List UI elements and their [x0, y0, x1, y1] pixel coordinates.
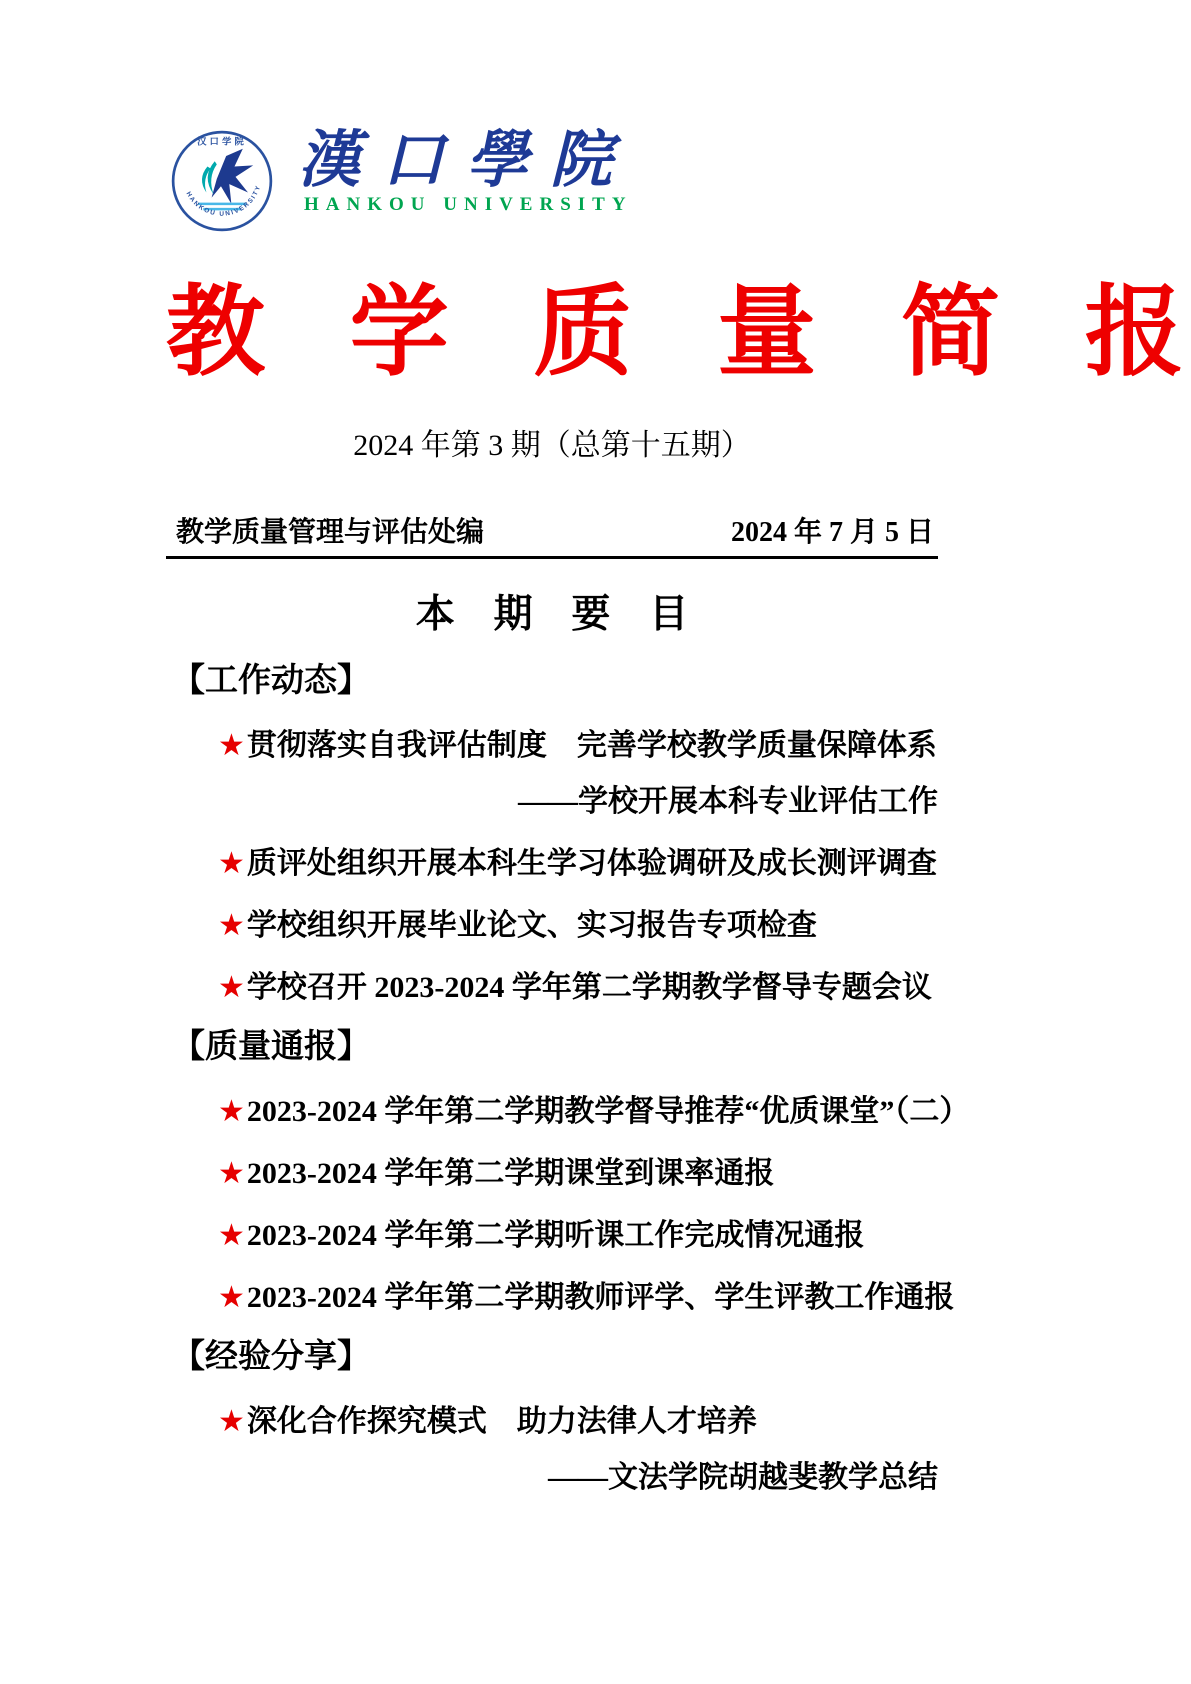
toc-item-title: 2023-2024 学年第二学期教师评学、学生评教工作通报 [247, 1281, 955, 1314]
toc-title: 本 期 要 目 [166, 589, 952, 641]
section-heading: 【质量通报】 [172, 1023, 938, 1069]
toc-item: ★2023-2024 学年第二学期教学督导推荐“优质课堂”（二） [166, 1093, 938, 1131]
svg-text:汉口学院: 汉口学院 [197, 136, 247, 147]
bulletin-page: 汉口学院 HANKOU UNIVERSITY 漢口學院 HANKOU UNIVE… [0, 0, 1191, 1684]
toc-item-title: 质评处组织开展本科生学习体验调研及成长测评调查 [247, 847, 937, 880]
toc-item: ★2023-2024 学年第二学期听课工作完成情况通报 [166, 1217, 938, 1255]
university-name-english: HANKOU UNIVERSITY [304, 194, 634, 216]
star-icon: ★ [218, 1156, 245, 1191]
toc-item-subtitle: ——文法学院胡越斐教学总结 [218, 1459, 938, 1497]
toc-item: ★深化合作探究模式 助力法律人才培养 ——文法学院胡越斐教学总结 [166, 1403, 938, 1497]
toc-item-list: ★2023-2024 学年第二学期教学督导推荐“优质课堂”（二） ★2023-2… [166, 1093, 938, 1317]
editor-date-row: 教学质量管理与评估处编 2024 年 7 月 5 日 [166, 516, 938, 559]
toc-item-title: 2023-2024 学年第二学期听课工作完成情况通报 [247, 1219, 865, 1252]
toc-item-title: 深化合作探究模式 助力法律人才培养 [247, 1405, 757, 1438]
toc-item: ★学校召开 2023-2024 学年第二学期教学督导专题会议 [166, 969, 938, 1007]
star-icon: ★ [218, 728, 245, 763]
section-heading: 【经验分享】 [172, 1333, 938, 1379]
star-icon: ★ [218, 1404, 245, 1439]
section-heading: 【工作动态】 [172, 657, 938, 703]
issue-line: 2024 年第 3 期（总第十五期） [166, 428, 938, 464]
star-icon: ★ [218, 970, 245, 1005]
toc-item: ★学校组织开展毕业论文、实习报告专项检查 [166, 907, 938, 945]
section-experience-sharing: 【经验分享】 ★深化合作探究模式 助力法律人才培养 ——文法学院胡越斐教学总结 [166, 1333, 938, 1497]
bulletin-title: 教 学 质 量 简 报 [166, 280, 968, 388]
toc-item-subtitle: ——学校开展本科专业评估工作 [218, 783, 938, 821]
toc-item-title: 贯彻落实自我评估制度 完善学校教学质量保障体系 [247, 729, 937, 762]
star-icon: ★ [218, 1280, 245, 1315]
star-icon: ★ [218, 1218, 245, 1253]
university-emblem-icon: 汉口学院 HANKOU UNIVERSITY [170, 126, 274, 236]
toc-item-title: 2023-2024 学年第二学期课堂到课率通报 [247, 1157, 775, 1190]
section-quality-report: 【质量通报】 ★2023-2024 学年第二学期教学督导推荐“优质课堂”（二） … [166, 1023, 938, 1317]
toc-item-title: 学校召开 2023-2024 学年第二学期教学督导专题会议 [247, 971, 932, 1004]
toc-item: ★2023-2024 学年第二学期教师评学、学生评教工作通报 [166, 1279, 938, 1317]
toc-item-list: ★深化合作探究模式 助力法律人才培养 ——文法学院胡越斐教学总结 [166, 1403, 938, 1497]
toc-item-title: 学校组织开展毕业论文、实习报告专项检查 [247, 909, 817, 942]
toc-item: ★贯彻落实自我评估制度 完善学校教学质量保障体系 ——学校开展本科专业评估工作 [166, 727, 938, 821]
toc-item-list: ★贯彻落实自我评估制度 完善学校教学质量保障体系 ——学校开展本科专业评估工作 … [166, 727, 938, 1007]
editor-label: 教学质量管理与评估处编 [176, 516, 484, 550]
university-wordmark: 漢口學院 HANKOU UNIVERSITY [298, 126, 634, 216]
star-icon: ★ [218, 846, 245, 881]
star-icon: ★ [218, 908, 245, 943]
publish-date: 2024 年 7 月 5 日 [731, 516, 934, 550]
toc-item: ★2023-2024 学年第二学期课堂到课率通报 [166, 1155, 938, 1193]
university-name-calligraphy: 漢口學院 [298, 128, 634, 192]
toc-item: ★质评处组织开展本科生学习体验调研及成长测评调查 [166, 845, 938, 883]
section-work-dynamics: 【工作动态】 ★贯彻落实自我评估制度 完善学校教学质量保障体系 ——学校开展本科… [166, 657, 938, 1007]
star-icon: ★ [218, 1094, 245, 1129]
university-logo-row: 汉口学院 HANKOU UNIVERSITY 漢口學院 HANKOU UNIVE… [170, 126, 938, 244]
toc-item-title: 2023-2024 学年第二学期教学督导推荐“优质课堂”（二） [247, 1095, 970, 1128]
